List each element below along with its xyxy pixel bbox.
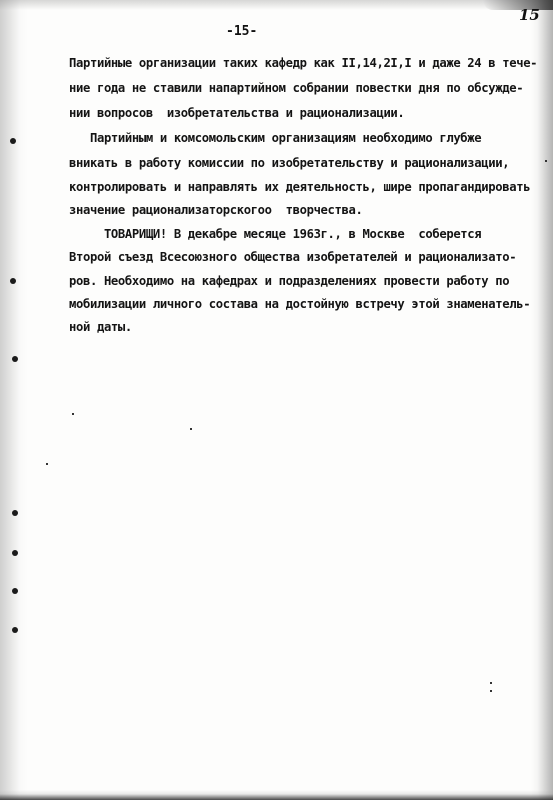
text-line: Партийным и комсомольским организациям н… <box>69 132 481 144</box>
text-line: Партийные организации таких кафедр как I… <box>69 57 537 69</box>
binding-mark <box>12 356 18 362</box>
scan-speck <box>190 428 192 430</box>
binding-mark <box>12 550 18 556</box>
text-line: мобилизации личного состава на достойную… <box>69 298 530 310</box>
text-line: Второй съезд Всесоюзного общества изобре… <box>69 251 516 263</box>
scan-speck <box>490 682 492 684</box>
text-line: контролировать и направлять их деятельно… <box>69 181 530 193</box>
scan-edge-left <box>0 0 28 800</box>
scan-edge-right <box>531 0 553 800</box>
text-line: ние года не ставили напартийном собрании… <box>69 82 523 94</box>
scan-speck <box>490 690 492 692</box>
scan-speck <box>46 463 48 465</box>
page-number: -15- <box>226 24 257 39</box>
scan-speck <box>545 160 547 162</box>
binding-mark <box>10 278 16 284</box>
binding-mark <box>10 138 16 144</box>
text-line: вникать в работу комиссии по изобретател… <box>69 157 509 169</box>
scan-corner-shadow <box>483 0 553 10</box>
text-line: нии вопросов изобретательства и рационал… <box>69 107 404 119</box>
binding-mark <box>12 588 18 594</box>
scan-edge-bottom <box>0 790 553 800</box>
binding-mark <box>12 510 18 516</box>
text-line: ной даты. <box>69 321 132 333</box>
text-line: ров. Необходимо на кафедрах и подразделе… <box>69 275 509 287</box>
text-line: ТОВАРИЩИ! В декабре месяце 1963г., в Мос… <box>69 228 481 240</box>
scan-speck <box>72 413 74 415</box>
text-line: значение рационализаторскогоо творчества… <box>69 204 362 216</box>
document-page: -15- 15 Партийные организации таких кафе… <box>0 0 553 800</box>
folio-number: 15 <box>519 6 540 24</box>
binding-mark <box>12 627 18 633</box>
scan-edge-top <box>0 0 553 10</box>
